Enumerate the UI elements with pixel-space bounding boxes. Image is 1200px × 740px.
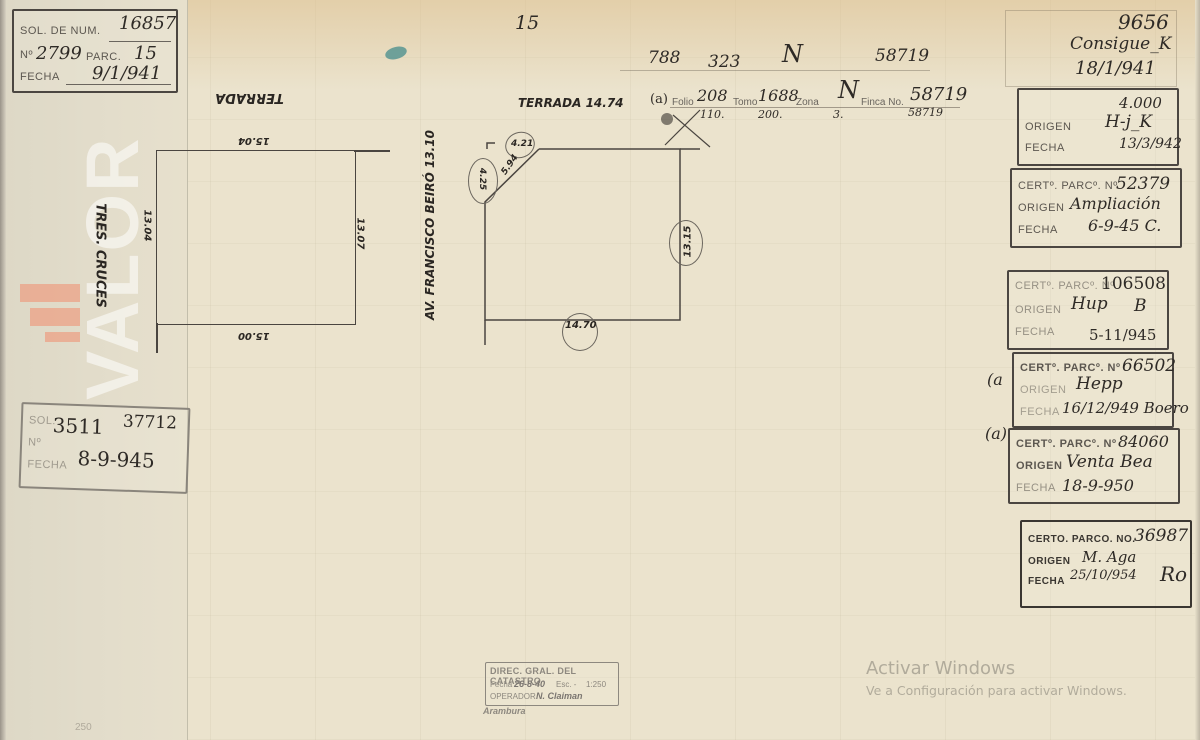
street-tres-cruces-label: TRES. CRUCES xyxy=(93,203,108,307)
fecha-value: 13/3/942 xyxy=(1119,136,1182,152)
cert-label: CERTº. PARCº. Nº xyxy=(1016,438,1117,450)
certificate-stamp-3: CERTº. PARCº. Nº 106508 ORIGEN Hup B FEC… xyxy=(1007,270,1169,350)
origen-extra: B xyxy=(1134,296,1147,316)
fecha-value: 5-11/945 xyxy=(1089,326,1156,344)
street-francisco-beiro-label: AV. FRANCISCO BEIRÓ 13.10 xyxy=(423,130,437,320)
tomo-sub: 200. xyxy=(758,108,783,121)
fecha-label: FECHA xyxy=(1018,224,1058,236)
cross-mark-icon xyxy=(655,105,715,150)
header-value: 788 xyxy=(648,48,680,68)
cert-label: CERTº. PARCº. Nº xyxy=(1018,180,1118,192)
cert-value: 84060 xyxy=(1118,432,1169,451)
cert-prefix: (a) xyxy=(985,424,1007,443)
catastro-fecha-label: Fecha xyxy=(490,680,512,689)
watermark-text: VALOR xyxy=(70,136,155,400)
cert-value: 36987 xyxy=(1134,526,1188,546)
bottom-left-mark: 250 xyxy=(75,722,92,733)
parc-label: PARC. xyxy=(86,51,121,63)
page-number: 15 xyxy=(515,12,539,34)
cert-value: 106508 xyxy=(1101,274,1166,294)
fecha-value: 9/1/941 xyxy=(92,63,161,84)
fecha-value: 18-9-950 xyxy=(1062,476,1134,495)
fecha-label: FECHA xyxy=(1020,406,1060,418)
fecha-label: FECHA xyxy=(27,458,67,471)
header-value: 58719 xyxy=(875,46,929,66)
activation-subtitle: Ve a Configuración para activar Windows. xyxy=(866,683,1127,698)
zona-value: N xyxy=(838,76,859,104)
finca-sub: 58719 xyxy=(908,106,943,119)
fecha-value: 8-9-945 xyxy=(77,446,155,473)
no-label: Nº xyxy=(28,436,41,448)
extra-value: 37712 xyxy=(123,412,178,434)
origen-value: Hup xyxy=(1071,294,1108,314)
note-date: 18/1/941 xyxy=(1075,58,1156,79)
no-value: 3511 xyxy=(52,413,104,439)
dim-left: 13.04 xyxy=(141,210,152,242)
signature-mark: Ro xyxy=(1160,562,1187,586)
fecha-value: 6-9-45 C. xyxy=(1088,216,1161,235)
header-value: 323 xyxy=(708,52,740,72)
no-label: Nº xyxy=(20,49,33,61)
origen-value: H-j_K xyxy=(1105,112,1152,132)
right-page-edge xyxy=(1195,0,1200,740)
certificate-stamp-4: CERTº. PARCº. Nº 66502 ORIGEN Hepp FECHA… xyxy=(1012,352,1174,428)
fecha-value: 25/10/954 xyxy=(1070,568,1137,583)
origen-label: ORIGEN xyxy=(1018,202,1064,214)
fecha-label: FECHA xyxy=(20,71,60,83)
origen-label: ORIGEN xyxy=(1015,304,1061,316)
certificate-stamp-6: CERTo. PARCo. No. 36987 ORIGEN M. Aga FE… xyxy=(1020,520,1192,608)
cert-label: CERTo. PARCo. No. xyxy=(1028,534,1136,545)
note-name: Consigue_K xyxy=(1070,34,1171,54)
catastro-signature: Arambura xyxy=(483,706,526,716)
left-page-edge xyxy=(0,0,6,740)
cert-value: 4.000 xyxy=(1119,94,1162,112)
tomo-value: 1688 xyxy=(758,86,799,105)
dim-bottom: 14.70 xyxy=(565,320,597,331)
certificate-stamp-5: CERTº. PARCº. Nº 84060 ORIGEN Venta Bea … xyxy=(1008,428,1180,504)
catastro-esc-value: 1:250 xyxy=(586,680,606,689)
solicitud-stamp-top: SOL. DE NUM. 16857 Nº 2799 PARC. 15 FECH… xyxy=(12,9,178,93)
dim-right: 13.07 xyxy=(354,218,365,250)
activation-title: Activar Windows xyxy=(866,658,1127,679)
cert-label: CERTº. PARCº. Nº xyxy=(1020,362,1121,374)
origen-label: ORIGEN xyxy=(1025,121,1071,133)
finca-value: 58719 xyxy=(910,84,967,105)
origen-value: Hepp xyxy=(1076,374,1123,394)
no-value: 2799 xyxy=(36,43,82,64)
catastro-operador-value: N. Claiman xyxy=(536,691,583,701)
origen-label: ORIGEN xyxy=(1020,384,1066,396)
fecha-value: 16/12/949 Boero xyxy=(1062,399,1189,417)
origen-label: ORIGEN xyxy=(1016,460,1062,472)
note-number: 9656 xyxy=(1118,10,1169,34)
cert-label: CERTº. PARCº. Nº xyxy=(1015,280,1115,292)
origen-label: ORIGEN xyxy=(1028,556,1070,567)
fecha-label: FECHA xyxy=(1015,326,1055,338)
origen-value: Venta Bea xyxy=(1066,452,1153,472)
cert-prefix: (a xyxy=(987,370,1003,389)
folio-value: 208 xyxy=(697,86,728,105)
solicitud-stamp-left: SOL. Nº FECHA 3511 37712 8-9-945 xyxy=(19,402,191,494)
dim-top: 15.04 xyxy=(238,135,270,146)
dim-right: 13.15 xyxy=(682,226,693,258)
catastro-fecha-value: 26-8-40 xyxy=(514,679,545,689)
cert-value: 66502 xyxy=(1122,356,1176,376)
street-terrada-right: TERRADA 14.74 xyxy=(518,96,624,110)
dim-bottom: 15.00 xyxy=(238,330,270,341)
header-value: N xyxy=(782,40,803,68)
origen-value: M. Aga xyxy=(1082,548,1136,566)
origen-value: Ampliación xyxy=(1070,194,1161,213)
sol-label: SOL. DE NUM. xyxy=(20,25,101,37)
certificate-stamp-2: CERTº. PARCº. Nº 52379 ORIGEN Ampliación… xyxy=(1010,168,1182,248)
catastro-operador-label: OPERADOR xyxy=(490,692,536,701)
catastro-stamp: DIREC. GRAL. DEL CATASTRO Fecha 26-8-40 … xyxy=(485,662,619,706)
dim-chamfer-left: 4.25 xyxy=(477,168,487,190)
zona-sub: 3. xyxy=(833,108,844,121)
cert-value: 52379 xyxy=(1116,174,1170,194)
street-terrada-label: TERRADA xyxy=(215,90,284,105)
catastro-esc-label: Esc. - xyxy=(556,680,576,689)
windows-activation-notice: Activar Windows Ve a Configuración para … xyxy=(866,658,1127,698)
certificate-stamp-1: 4.000 ORIGEN H-j_K FECHA 13/3/942 xyxy=(1017,88,1179,166)
fecha-label: FECHA xyxy=(1025,142,1065,154)
fecha-label: FECHA xyxy=(1016,482,1056,494)
parc-value: 15 xyxy=(134,43,157,64)
sol-value: 16857 xyxy=(119,13,176,34)
dim-chamfer-top: 4.21 xyxy=(511,139,533,149)
parcel-left-outline xyxy=(156,150,356,325)
fecha-label: FECHA xyxy=(1028,576,1065,587)
